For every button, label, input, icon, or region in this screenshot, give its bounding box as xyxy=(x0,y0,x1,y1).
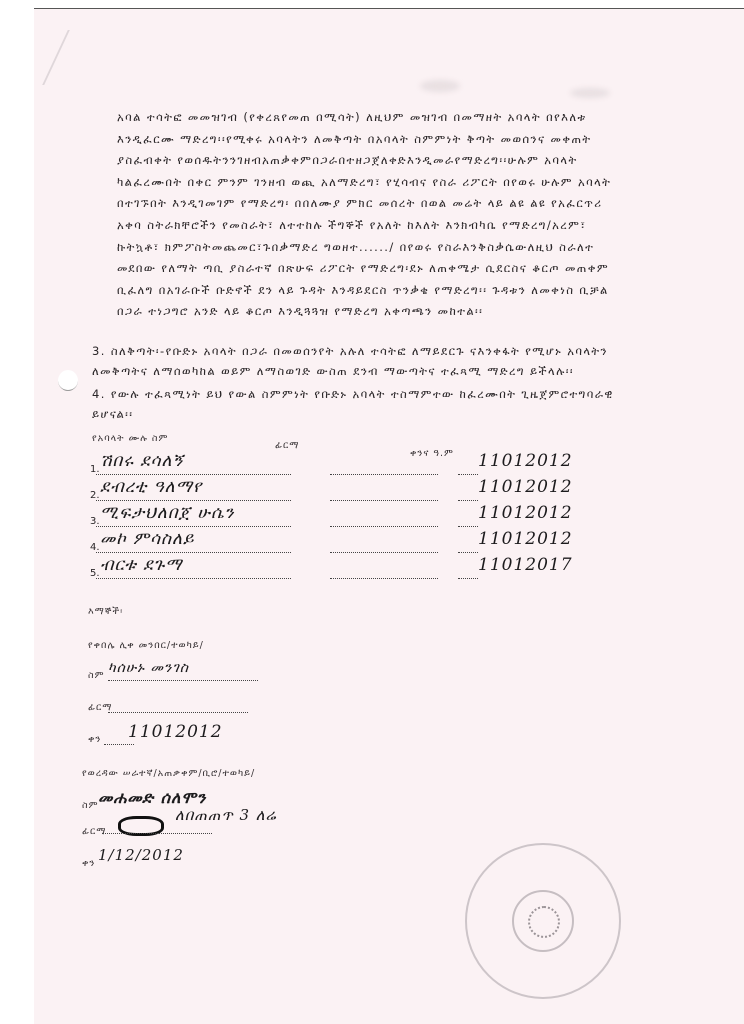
date-line xyxy=(458,578,478,579)
text-line: ኩትኳቶ፣ ክምፖስትመጨመር፣ጉበቃማድረ ግወዘተ....../ በየወሩ … xyxy=(117,237,611,259)
office-signature-label: ፊርማ xyxy=(82,826,106,837)
dotted-line xyxy=(102,833,212,834)
dotted-line xyxy=(104,744,134,745)
member-date: 11012012 xyxy=(478,529,573,549)
text-line: ለመቅጣትና ለማሰወካከል ወይም ለማስወገድ ውስጠ ደንብ ማውጣትና … xyxy=(92,361,608,381)
receiver-date-label: ቀን xyxy=(88,734,101,745)
official-stamp xyxy=(465,843,621,999)
receiver-name-label: ስም xyxy=(88,670,104,681)
text-line: እንዲፈርሙ ማድረግ፡፡የሚቀሩ አባላትን ለመቅጣት በአባላት ስምምነ… xyxy=(117,129,611,151)
date-line xyxy=(458,526,478,527)
text-line: አቀባ ስትራክቸሮችን የመስራት፣ ለተተከሉ ችግኞች የአለት ከእለት… xyxy=(117,215,611,237)
name-line xyxy=(96,552,291,553)
intro-paragraph: አባል ተሳትፎ መመዝገብ (የቀረጸየመጠ በሚሳት) ለዚህም መዝገብ … xyxy=(117,107,611,323)
header-date: ቀንና ዓ.ም xyxy=(410,448,454,459)
text-line: አባል ተሳትፎ መመዝገብ (የቀረጸየመጠ በሚሳት) ለዚህም መዝገብ … xyxy=(117,107,611,129)
name-line xyxy=(96,578,291,579)
text-line: ቢፈለግ በአገራቡች ቡድኖች ደን ላይ ጉዳት እንዳይደርስ ጥንቃቄ … xyxy=(117,280,611,302)
text-line: ያስፈብቀት የወሰዱትንንገዘብአጠቃቀምበጋራበተዘጋጀለቀድእንዲመራየማ… xyxy=(117,150,611,172)
receiver-date: 11012012 xyxy=(128,722,223,742)
member-date: 11012017 xyxy=(478,555,573,575)
text-line: መደበው የለማት ጣቢ ያስራተኛ በጽሁፍ ሪፖርት የማድረግ፡ደኑ ለጠ… xyxy=(117,258,611,280)
office-date-label: ቀን xyxy=(82,858,95,869)
text-line: ይሆናል፡፡ xyxy=(92,404,614,424)
signature-line xyxy=(330,526,438,527)
header-signature: ፊርማ xyxy=(275,440,299,451)
member-date: 11012012 xyxy=(478,451,573,471)
member-name: ሽበሩ ደሳለኝ xyxy=(100,451,184,471)
date-line xyxy=(458,552,478,553)
text-line: ካልፈረሙበት በቀር ምንም ገንዘብ ወጪ አለማድረግ፣ የሂሳብና የስ… xyxy=(117,172,611,194)
member-name: ብርቱ ደጉማ xyxy=(100,555,183,575)
section-3-penalties: 3. ስለቅጣት፡-የቡድኑ አባላት በጋራ በመወሰንየት አሉለ ተሳትፎ… xyxy=(92,341,608,381)
signature-line xyxy=(330,552,438,553)
receiver-title: የቀበሌ ሊቀ መንበር/ተወካይ/ xyxy=(88,640,204,651)
text-line: 3. ስለቅጣት፡-የቡድኑ አባላት በጋራ በመወሰንየት አሉለ ተሳትፎ… xyxy=(92,341,608,361)
office-date: 1/12/2012 xyxy=(98,846,184,864)
date-line xyxy=(458,500,478,501)
office-title: የወረዳው ሠራተኛ/አጠቃቀም/ቢሮ/ተወካይ/ xyxy=(82,768,255,779)
text-line: በተገኙበት እንዲገመገም የማድረግ፡ በበለሙያ ምክር መሰረት በወል… xyxy=(117,193,611,215)
section-4-effectiveness: 4. የውሉ ተፈጻሚነት ይህ የውል ስምምነት የቡድኑ አባላት ተስማ… xyxy=(92,384,614,424)
signature-line xyxy=(330,500,438,501)
name-line xyxy=(96,500,291,501)
member-name: መኮ ምሳስለይ xyxy=(100,529,194,549)
scan-smudge xyxy=(570,88,610,98)
header-member-name: የአባላት ሙሉ ስም xyxy=(92,433,168,444)
dotted-line xyxy=(108,712,248,713)
punch-hole xyxy=(58,370,78,391)
member-name: ደብረቲ ዓለማየ xyxy=(100,477,202,497)
stamp-center xyxy=(528,906,560,938)
office-name: መሐመድ ሰለሞን xyxy=(98,788,206,808)
name-line xyxy=(96,474,291,475)
dotted-line xyxy=(108,680,258,681)
signature-line xyxy=(330,578,438,579)
office-annotation: ለበጠጠጥ 3 ለሬ xyxy=(175,806,277,824)
text-line: በጋራ ተነጋግሮ አንድ ላይ ቆርጦ እንዲጓጓዝ የማድረግ አቀጣጫን … xyxy=(117,301,611,323)
receiver-name: ካሰሁኑ መንገስ xyxy=(108,660,189,676)
stamp-inner-ring xyxy=(512,890,574,952)
member-name: ሚፍታህለበጀ ሁሴን xyxy=(100,503,235,523)
text-line: 4. የውሉ ተፈጻሚነት ይህ የውል ስምምነት የቡድኑ አባላት ተስማ… xyxy=(92,384,614,404)
name-line xyxy=(96,526,291,527)
witnesses-label: እማኞች፡ xyxy=(88,606,123,617)
date-line xyxy=(458,474,478,475)
scan-smudge xyxy=(420,80,460,92)
member-date: 11012012 xyxy=(478,477,573,497)
signature-line xyxy=(330,474,438,475)
office-name-label: ስም xyxy=(82,800,98,811)
member-date: 11012012 xyxy=(478,503,573,523)
